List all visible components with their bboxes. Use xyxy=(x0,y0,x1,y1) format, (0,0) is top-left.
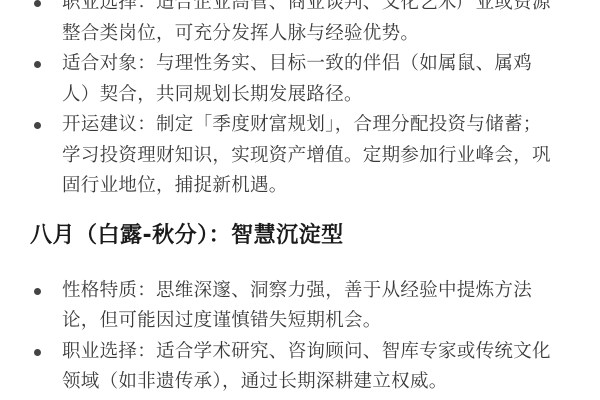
list-item-personality: 性格特质：思维深邃、洞察力强，善于从经验中提炼方法论，但可能因过度谨慎错失短期机… xyxy=(0,276,600,337)
bullet-icon xyxy=(34,349,41,356)
bullet-icon xyxy=(34,122,41,129)
list-item-text: 职业选择：适合学术研究、咨询顾问、智库专家或传统文化领域（如非遗传承），通过长期… xyxy=(62,341,551,393)
document-page: 职业选择：适合企业高管、商业谈判、文化艺术产业或资源整合类岗位，可充分发挥人脉与… xyxy=(0,0,600,398)
list-item-text: 职业选择：适合企业高管、商业谈判、文化艺术产业或资源整合类岗位，可充分发挥人脉与… xyxy=(62,0,551,44)
list-item-career: 职业选择：适合企业高管、商业谈判、文化艺术产业或资源整合类岗位，可充分发挥人脉与… xyxy=(0,0,600,49)
list-item-text: 开运建议：制定「季度财富规划」，合理分配投资与储蓄；学习投资理财知识，实现资产增… xyxy=(62,114,551,196)
list-item-fortune-advice: 开运建议：制定「季度财富规划」，合理分配投资与储蓄；学习投资理财知识，实现资产增… xyxy=(0,110,600,202)
bullet-icon xyxy=(34,61,41,68)
bullet-icon xyxy=(34,288,41,295)
list-item-partner: 适合对象：与理性务实、目标一致的伴侣（如属鼠、属鸡人）契合，共同规划长期发展路径… xyxy=(0,49,600,110)
previous-section-list: 职业选择：适合企业高管、商业谈判、文化艺术产业或资源整合类岗位，可充分发挥人脉与… xyxy=(0,0,600,202)
bullet-icon xyxy=(34,0,41,7)
august-section-list: 性格特质：思维深邃、洞察力强，善于从经验中提炼方法论，但可能因过度谨慎错失短期机… xyxy=(0,276,600,398)
list-item-career: 职业选择：适合学术研究、咨询顾问、智库专家或传统文化领域（如非遗传承），通过长期… xyxy=(0,337,600,398)
section-heading-august: 八月（白露-秋分）：智慧沉淀型 xyxy=(0,216,600,276)
list-item-text: 适合对象：与理性务实、目标一致的伴侣（如属鼠、属鸡人）契合，共同规划长期发展路径… xyxy=(62,53,532,105)
list-item-text: 性格特质：思维深邃、洞察力强，善于从经验中提炼方法论，但可能因过度谨慎错失短期机… xyxy=(62,280,532,332)
